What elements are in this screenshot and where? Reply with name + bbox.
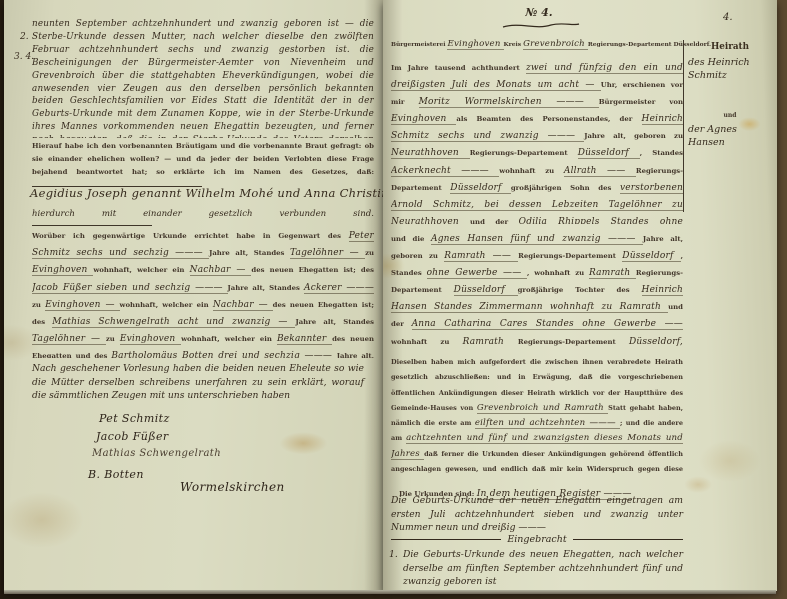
groom-paragraph: Im Jahre tausend achthundert zwei und fü… [391, 58, 683, 224]
item-number: 1. [389, 548, 398, 562]
handwritten-entry: Moritz Wormelskirchen ——— [419, 97, 599, 108]
signature-witness-2: Jacob Füßer [96, 430, 169, 443]
witnesses-paragraph: Worüber ich gegenwärtige Urkunde erricht… [32, 226, 374, 358]
handwritten-entry: Grevenbroich [523, 39, 588, 50]
printed-text: Jahre alt, geboren zu [584, 132, 683, 140]
printed-text: Regierungs-Departement [518, 338, 629, 346]
printed-text: Kreis [504, 41, 524, 48]
signature-witness-4: B. Botten [88, 468, 144, 481]
handwritten-entry: Evinghoven [120, 334, 181, 345]
handwritten-entry: Ackerer ——— [304, 283, 374, 294]
printed-text: Jahre alt, Standes [228, 284, 304, 292]
eingebracht-label: Eingebracht [507, 534, 566, 545]
printed-text: großjährigen Sohn des [511, 184, 620, 192]
margin-item-number: 2. [20, 32, 29, 42]
handwritten-entry: Bekannter [277, 334, 332, 345]
handwritten-entry: Neurathhoven [391, 148, 470, 159]
handwritten-entry: Ackerknecht ——— [391, 166, 499, 177]
handwritten-entry: Anna Catharina Cares Standes ohne Gewerb… [412, 319, 683, 330]
printed-text: Bürgermeisterei [391, 41, 447, 48]
blank-rule [32, 219, 152, 226]
handwritten-entry: Tagelöhner — [32, 334, 106, 345]
eingebracht-divider: Eingebracht [391, 534, 683, 545]
printed-marriage-question: Hierauf habe ich den vorbenannten Bräuti… [32, 140, 374, 192]
handwritten-entry: Jacob Füßer sieben und sechzig ——— [32, 283, 228, 294]
divider-rule-right [573, 539, 683, 540]
handwritten-entry: Düsseldorf [450, 183, 511, 194]
handwritten-entry: Evinghoven — [45, 300, 119, 311]
handwritten-entry: Grevenbroich und Ramrath [477, 403, 608, 414]
handwritten-entry: Evinghoven [391, 114, 456, 125]
handwritten-entry: eilften und achtzehnten ——— [475, 418, 620, 429]
printed-question-text: Hierauf habe ich den vorbenannten Bräuti… [32, 142, 374, 176]
item-text: Die Geburts-Urkunde des neuen Ehegatten,… [391, 548, 683, 589]
flourish-underline [501, 21, 581, 31]
declaration-closing-text: hierdurch mit einander gesetzlich verbun… [32, 209, 374, 219]
handwritten-entry: Evinghoven [32, 265, 93, 276]
printed-text: und die [391, 235, 431, 243]
handwritten-entry: Ramrath [463, 337, 518, 347]
handwritten-entry: Juli des Monats um acht — [452, 80, 601, 91]
handwritten-entry: Düsseldorf [622, 251, 680, 262]
closing-statement-handwritten: Nach geschehener Vorlesung haben die bei… [32, 362, 364, 403]
handwritten-entry: Evinghoven [447, 39, 503, 50]
printed-text: zu [106, 335, 120, 343]
bride-birth-record-line: Die Geburts-Urkunde der neuen Ehegattin … [391, 494, 683, 535]
divider-rule-left [391, 539, 501, 540]
document-item-1: 1. Die Geburts-Urkunde des neuen Ehegatt… [391, 548, 683, 589]
bride-paragraph: und die Agnes Hansen fünf und zwanzig ——… [391, 229, 683, 347]
handwritten-entry: Nachbar — [213, 300, 273, 311]
printed-text: des neuen Ehegatten ist; des [251, 266, 374, 274]
handwritten-entry: Düsseldorf [454, 285, 518, 296]
folio-number: 4. [723, 12, 733, 23]
printed-text: und der [470, 218, 519, 224]
printed-text: Worüber ich gegenwärtige Urkunde erricht… [32, 232, 349, 240]
spouses-declaration-names: Aegidius Joseph genannt Wilhelm Mohé und… [30, 186, 380, 200]
book-page-edge [4, 590, 776, 594]
printed-text: Jahre alt, Standes [209, 249, 290, 257]
handwritten-entry: ohne Gewerbe —— [427, 268, 527, 279]
printed-text: zu [32, 301, 45, 309]
printed-text: großjährige Tochter des [518, 286, 642, 294]
printed-text: Regierungs-Departement [470, 149, 578, 157]
signature-witness-1: Pet Schmitz [99, 412, 170, 425]
printed-text: wohnhaft, welcher ein [93, 266, 189, 274]
handwritten-entry: Ramrath —— [444, 251, 518, 262]
margin-conjunction: und [686, 112, 774, 119]
record-number: № 4. [391, 6, 687, 19]
right-page: № 4. 4. Bürgermeisterei Evinghoven Kreis… [383, 0, 777, 591]
handwritten-entry: Agnes Hansen fünf und zwanzig ——— [431, 234, 643, 245]
handwritten-entry: Allrath —— [564, 166, 636, 177]
margin-title-heirath: Heirath [686, 42, 774, 52]
printed-text: wohnhaft zu [499, 167, 564, 175]
handwritten-entry: Mathias Schwengelrath acht und zwanzig — [52, 317, 295, 328]
printed-text: wohnhaft, welcher ein [181, 335, 277, 343]
printed-text: als Beamten des Personenstandes, der [456, 115, 641, 123]
margin-bride-name: der Agnes Hansen [688, 123, 772, 149]
printed-text: Im Jahre tausend achthundert [391, 64, 526, 72]
signature-registrar: Wormelskirchen [180, 480, 285, 494]
printed-text: wohnhaft zu [391, 338, 463, 346]
handwritten-entry: Tagelöhner — [290, 248, 365, 259]
district-header-line: Bürgermeisterei Evinghoven Kreis Grevenb… [391, 31, 691, 50]
left-page: 2. 3. 4. neunten September achtzehnhunde… [4, 0, 383, 591]
printed-text: daß ferner die Urkunden dieser Ankündigu… [391, 450, 683, 479]
register-book-photo: 2. 3. 4. neunten September achtzehnhunde… [0, 0, 787, 599]
signature-witness-3: Mathias Schwengelrath [92, 448, 221, 459]
printed-text: Regierungs-Departement [518, 252, 622, 260]
margin-groom-name: des Heinrich Schmitz [688, 56, 772, 82]
handwritten-entry: Bartholomäus Botten drei und sechzig ——— [111, 351, 336, 358]
margin-divider-rule [683, 40, 684, 212]
printed-text: Jahre alt, Standes [295, 318, 374, 326]
banns-printed-paragraph: Dieselben haben mich aufgefordert die zw… [391, 353, 683, 479]
printed-text: , wohnhaft zu [527, 269, 589, 277]
continuation-handwritten-text: neunten September achtzehnhundert und zw… [32, 18, 374, 138]
printed-text: zu [365, 249, 374, 257]
printed-text: , Standes [640, 149, 683, 157]
handwritten-entry: Ramrath [589, 268, 636, 279]
handwritten-entry: Nachbar — [190, 265, 252, 276]
printed-text: Bürgermeister von [599, 98, 683, 106]
handwritten-entry: Düsseldorf [578, 148, 640, 159]
printed-text: wohnhaft, welcher ein [120, 301, 213, 309]
